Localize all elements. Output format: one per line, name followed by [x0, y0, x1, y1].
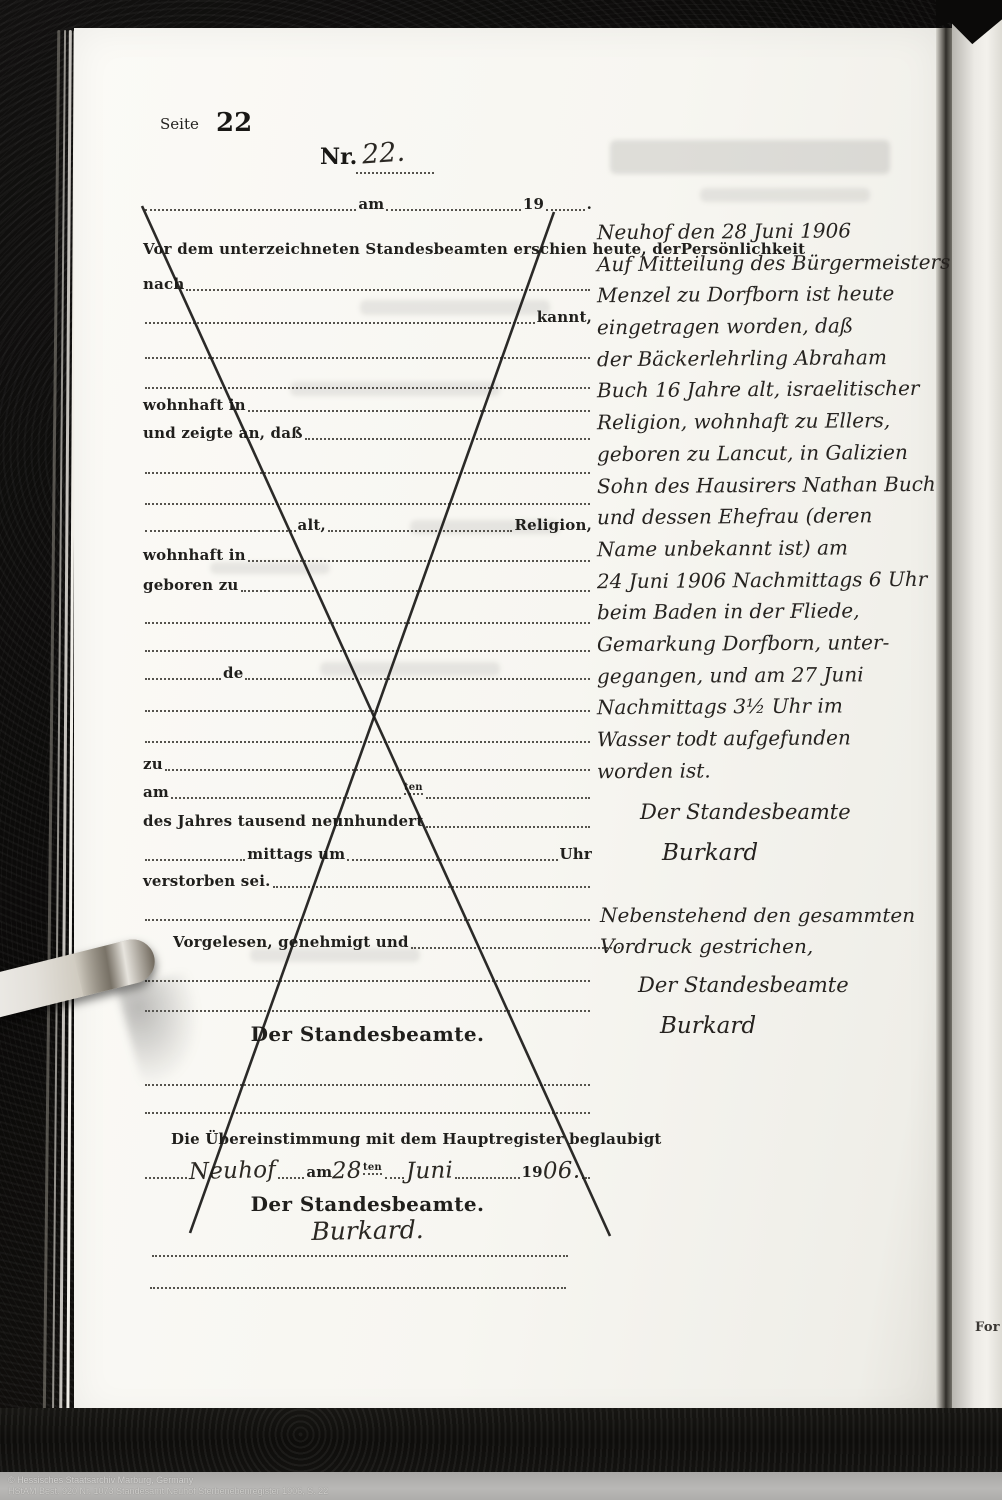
- annotation-line: Auf Mitteilung des Bürgermeisters: [597, 246, 939, 280]
- bleed-through-smudge: [610, 140, 890, 174]
- form-row-verstorben: verstorben sei.: [143, 869, 592, 891]
- annotation-line: Name unbekannt ist) am: [597, 532, 939, 566]
- form-row-wohnhaft-1: wohnhaft in: [143, 393, 592, 415]
- form-row-jahres: des Jahres tausend neunhundert: [143, 809, 592, 831]
- form-row-blank: [143, 486, 592, 508]
- certification-place-handwritten: Neuhof: [189, 1159, 277, 1184]
- annotation-line: Sohn des Hausirers Nathan Buch: [597, 468, 939, 502]
- nr-label: Nr.: [320, 144, 357, 170]
- bleed-through-smudge: [700, 188, 870, 202]
- form-row-blank: [143, 455, 592, 477]
- bottom-book-cover: [0, 1408, 1002, 1474]
- label-period: .: [587, 194, 592, 214]
- form-row-de: de: [143, 661, 592, 683]
- annotation-line: 24 Juni 1906 Nachmittags 6 Uhr: [597, 563, 939, 597]
- form-row-blank: [143, 605, 592, 627]
- label-wohnhaft-in: wohnhaft in: [143, 395, 246, 415]
- form-row-blank: [143, 724, 592, 746]
- dotted-line: [145, 1083, 590, 1086]
- dotted-line: [150, 1286, 566, 1289]
- label-vorgelesen: Vorgelesen, genehmigt und: [173, 932, 409, 952]
- dotted-line: [248, 559, 590, 562]
- certification-month-handwritten: Juni: [406, 1159, 454, 1183]
- dotted-line: [347, 858, 557, 861]
- dotted-line: [145, 858, 245, 861]
- dotted-line: [411, 946, 620, 949]
- annotation-line: und dessen Ehefrau (deren: [597, 500, 939, 534]
- form-row-geboren: geboren zu: [143, 573, 592, 595]
- form-row-blank: [143, 340, 592, 362]
- label-19: 19: [522, 1162, 543, 1182]
- label-des-jahres: des Jahres tausend neunhundert: [143, 811, 424, 831]
- dotted-line: [145, 1176, 187, 1179]
- label-nach: nach: [143, 274, 184, 294]
- dotted-line: [165, 768, 590, 771]
- archive-stamp-line-1: © Hessisches Staatsarchiv Marburg, Germa…: [8, 1475, 193, 1485]
- burkard-signature-2: Burkard: [660, 1013, 756, 1039]
- dotted-line: [145, 529, 296, 532]
- certification-year-handwritten: 06.: [543, 1160, 581, 1184]
- label-geboren-zu: geboren zu: [143, 575, 239, 595]
- form-row-blank: [143, 902, 592, 924]
- form-row-vorgelesen: Vorgelesen, genehmigt und: [143, 930, 622, 952]
- label-de: de: [223, 663, 243, 683]
- label-der-standesbeamte: Der Standesbeamte.: [251, 1024, 485, 1044]
- annotation-line: gegangen, und am 27 Juni: [597, 658, 939, 692]
- dotted-line: [145, 386, 590, 389]
- dotted-line: [152, 1254, 568, 1257]
- dotted-line: [145, 208, 356, 211]
- annotation-line: Gemarkung Dorfborn, unter-: [597, 627, 939, 661]
- form-intro-line: Vor dem unterzeichneten Standesbeamten e…: [143, 240, 595, 258]
- annotation-note-line: Vordruck gestrichen,: [600, 931, 940, 962]
- annotation-line: Neuhof den 28 Juni 1906: [597, 215, 939, 249]
- form-row-blank: [143, 1095, 592, 1117]
- label-religion: Religion,: [514, 515, 592, 535]
- marginal-annotation: Neuhof den 28 Juni 1906Auf Mitteilung de…: [597, 216, 939, 786]
- dotted-line: [356, 172, 434, 174]
- annotation-line: Religion, wohnhaft zu Ellers,: [597, 405, 939, 439]
- form-row-date: am 19 .: [143, 192, 592, 214]
- dotted-line: [145, 321, 535, 324]
- label-uhr: Uhr: [560, 844, 593, 864]
- dotted-line: [273, 885, 590, 888]
- certification-day-handwritten: 28: [332, 1160, 362, 1184]
- label-uebereinstimmung: Die Übereinstimmung mit dem Hauptregiste…: [171, 1129, 662, 1149]
- label-19: 19: [523, 194, 544, 214]
- annotation-line: Menzel zu Dorfborn ist heute: [597, 278, 939, 312]
- label-alt: alt,: [298, 515, 326, 535]
- dotted-line: [386, 208, 521, 211]
- annotation-line: geboren zu Lancut, in Galizien: [597, 437, 939, 471]
- dotted-line: [145, 979, 590, 982]
- form-row-wohnhaft-2: wohnhaft in: [143, 543, 592, 565]
- form-row-nach: nach: [143, 272, 592, 294]
- annotation-note: Nebenstehend den gesammtenVordruck gestr…: [600, 900, 940, 962]
- dotted-line: [245, 677, 590, 680]
- dotted-line: [385, 1176, 404, 1179]
- nr-value-handwritten: 22.: [361, 137, 406, 171]
- form-row-blank: [143, 993, 592, 1015]
- dotted-line: [278, 1176, 305, 1179]
- annotation-line: worden ist.: [597, 753, 939, 787]
- form-row-alt-religion: alt, Religion,: [143, 513, 592, 535]
- certification-row: Neuhof am 28 ten Juni 19 06.: [143, 1150, 592, 1182]
- dotted-line: [241, 589, 590, 592]
- form-row-blank: [143, 633, 592, 655]
- form-row-blank: [148, 1270, 568, 1292]
- label-am: am: [306, 1162, 332, 1182]
- archive-stamp-line-2: HStAM Best. 920 Nr. 1073 Standesamt Neuh…: [8, 1486, 328, 1496]
- form-row-blank: [143, 693, 592, 715]
- dotted-line: [145, 621, 590, 624]
- dotted-line: [145, 502, 590, 505]
- form-row-zu: zu: [143, 752, 592, 774]
- archive-stamp-band: © Hessisches Staatsarchiv Marburg, Germa…: [0, 1472, 1002, 1500]
- dotted-line: [145, 471, 590, 474]
- label-zu: zu: [143, 754, 163, 774]
- annotation-line: beim Baden in der Fliede,: [597, 595, 939, 629]
- dotted-line: [582, 1176, 590, 1179]
- annotation-line: Wasser todt aufgefunden: [597, 722, 939, 756]
- dotted-line: [145, 1009, 590, 1012]
- dotted-line: [305, 437, 590, 440]
- dotted-line: [546, 208, 584, 211]
- facing-page-text-fragment: For: [975, 1320, 1000, 1335]
- dotted-line: [248, 409, 590, 412]
- form-row-beglaubigt: Die Übereinstimmung mit dem Hauptregiste…: [143, 1127, 620, 1149]
- form-row-zeigte-an: und zeigte an, daß: [143, 421, 592, 443]
- dotted-line: [145, 677, 221, 680]
- label-ten: ten: [363, 1163, 382, 1175]
- annotation-line: Buch 16 Jahre alt, israelitischer: [597, 373, 939, 407]
- standesbeamte-heading-2: Der Standesbeamte.: [143, 1192, 592, 1214]
- dotted-line: [455, 1176, 520, 1179]
- label-der-standesbeamte: Der Standesbeamte.: [251, 1194, 485, 1214]
- facing-page-edge: [952, 18, 1002, 1458]
- dotted-line: [145, 1111, 590, 1114]
- dotted-line: [426, 825, 590, 828]
- annotation-standesbeamte-1: Der Standesbeamte: [640, 800, 851, 824]
- dotted-line: [145, 709, 590, 712]
- label-am: am: [358, 194, 384, 214]
- form-row-blank: [143, 963, 592, 985]
- label-verstorben-sei: verstorben sei.: [143, 871, 271, 891]
- form-row-blank: [143, 370, 592, 392]
- dotted-line: [328, 529, 513, 532]
- label-kannt: kannt,: [537, 307, 592, 327]
- label-ten: ten: [404, 783, 423, 795]
- label-mittags-um: mittags um: [247, 844, 345, 864]
- dotted-line: [145, 649, 590, 652]
- form-row-am-ten: am ten: [143, 780, 592, 802]
- label-zeigte-an: und zeigte an, daß: [143, 423, 303, 443]
- dotted-line: [145, 918, 590, 921]
- page-number: 22: [216, 108, 252, 138]
- annotation-standesbeamte-2: Der Standesbeamte: [638, 973, 849, 997]
- label-am: am: [143, 782, 169, 802]
- form-row-mittags: mittags um Uhr: [143, 842, 592, 864]
- dotted-line: [186, 288, 590, 291]
- annotation-line: Nachmittags 3½ Uhr im: [597, 690, 939, 724]
- annotation-note-line: Nebenstehend den gesammten: [600, 900, 940, 931]
- annotation-line: der Bäckerlehrling Abraham: [597, 342, 939, 376]
- dotted-line: [145, 356, 590, 359]
- dotted-line: [145, 740, 590, 743]
- label-wohnhaft-in: wohnhaft in: [143, 545, 246, 565]
- burkard-signature-1: Burkard: [662, 840, 758, 866]
- dotted-line: [426, 796, 590, 799]
- dotted-line: [171, 796, 401, 799]
- seite-label: Seite: [160, 115, 199, 133]
- form-row-kannt: kannt,: [143, 305, 592, 327]
- annotation-line: eingetragen worden, daß: [597, 310, 939, 344]
